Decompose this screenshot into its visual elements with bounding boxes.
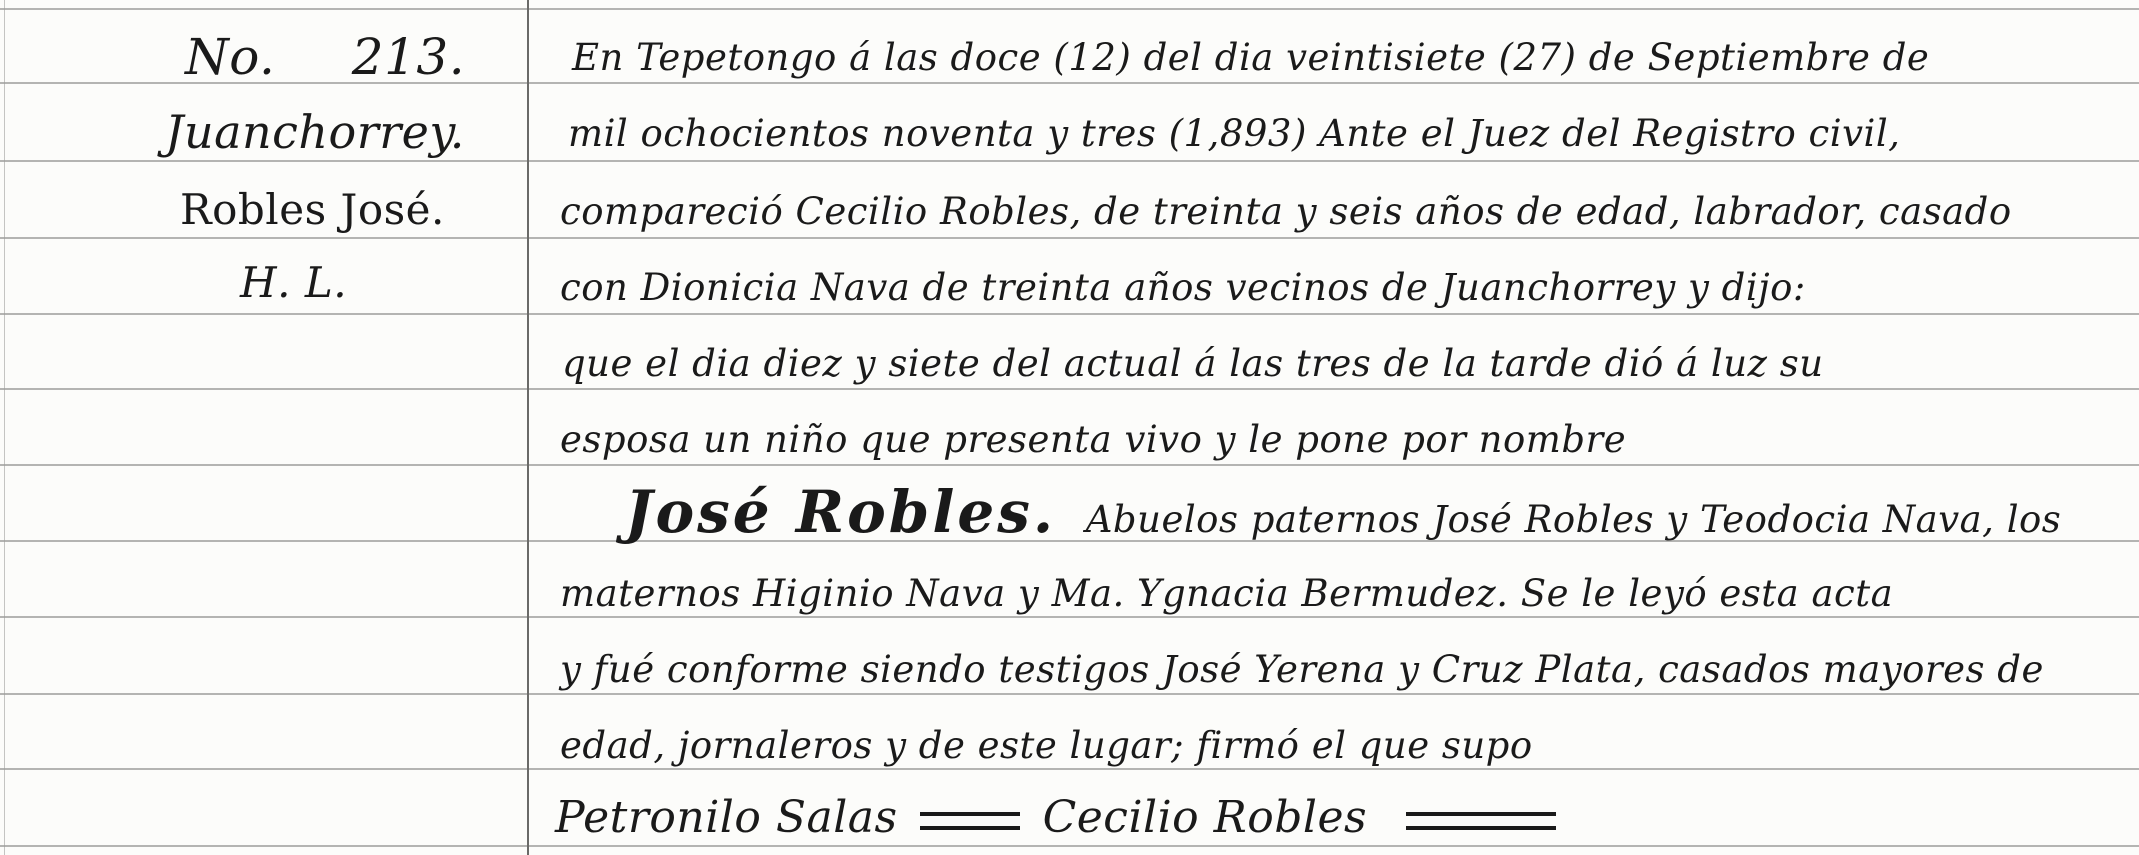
- margin-place: Juanchorrey.: [165, 105, 465, 159]
- record-line-8: maternos Higinio Nava y Ma. Ygnacia Berm…: [560, 572, 1893, 615]
- ruled-line: [0, 768, 2139, 770]
- ruled-line: [0, 845, 2139, 847]
- margin-notation: H. L.: [240, 258, 347, 307]
- signature-line: Petronilo Salas Cecilio Robles: [555, 792, 1564, 843]
- record-line-7: José Robles. Abuelos paternos José Roble…: [625, 478, 2061, 546]
- entry-number-label: No.: [185, 28, 275, 86]
- ruled-line: [0, 237, 2139, 239]
- signature-judge: Petronilo Salas: [555, 792, 898, 843]
- ruled-line: [0, 693, 2139, 695]
- signature-flourish: [1406, 812, 1556, 830]
- record-line-6: esposa un niño que presenta vivo y le po…: [560, 418, 1626, 461]
- ruled-line: [0, 616, 2139, 618]
- margin-rule: [527, 0, 529, 855]
- ruled-line: [0, 160, 2139, 162]
- entry-number: No. 213.: [185, 28, 465, 86]
- margin-registrant: Robles José.: [180, 185, 445, 234]
- ruled-line: [0, 464, 2139, 466]
- record-line-9: y fué conforme siendo testigos José Yere…: [560, 648, 2044, 691]
- signature-flourish: [920, 812, 1020, 830]
- paternal-grandparents: Abuelos paternos José Robles y Teodocia …: [1086, 498, 2062, 541]
- record-line-4: con Dionicia Nava de treinta años vecino…: [560, 266, 1806, 309]
- record-line-2: mil ochocientos noventa y tres (1,893) A…: [568, 112, 1900, 155]
- ruled-line: [0, 8, 2139, 10]
- child-name: José Robles.: [625, 478, 1056, 546]
- ruled-line: [0, 388, 2139, 390]
- record-line-3: compareció Cecilio Robles, de treinta y …: [560, 190, 2012, 233]
- record-line-5: que el dia diez y siete del actual á las…: [562, 342, 1824, 385]
- record-line-1: En Tepetongo á las doce (12) del dia vei…: [572, 36, 1929, 79]
- record-line-10: edad, jornaleros y de este lugar; firmó …: [560, 724, 1533, 767]
- page-edge-rule: [4, 0, 5, 855]
- entry-number-value: 213.: [352, 28, 465, 86]
- ledger-page: No. 213. Juanchorrey. Robles José. H. L.…: [0, 0, 2139, 855]
- ruled-line: [0, 313, 2139, 315]
- signature-declarant: Cecilio Robles: [1043, 792, 1368, 843]
